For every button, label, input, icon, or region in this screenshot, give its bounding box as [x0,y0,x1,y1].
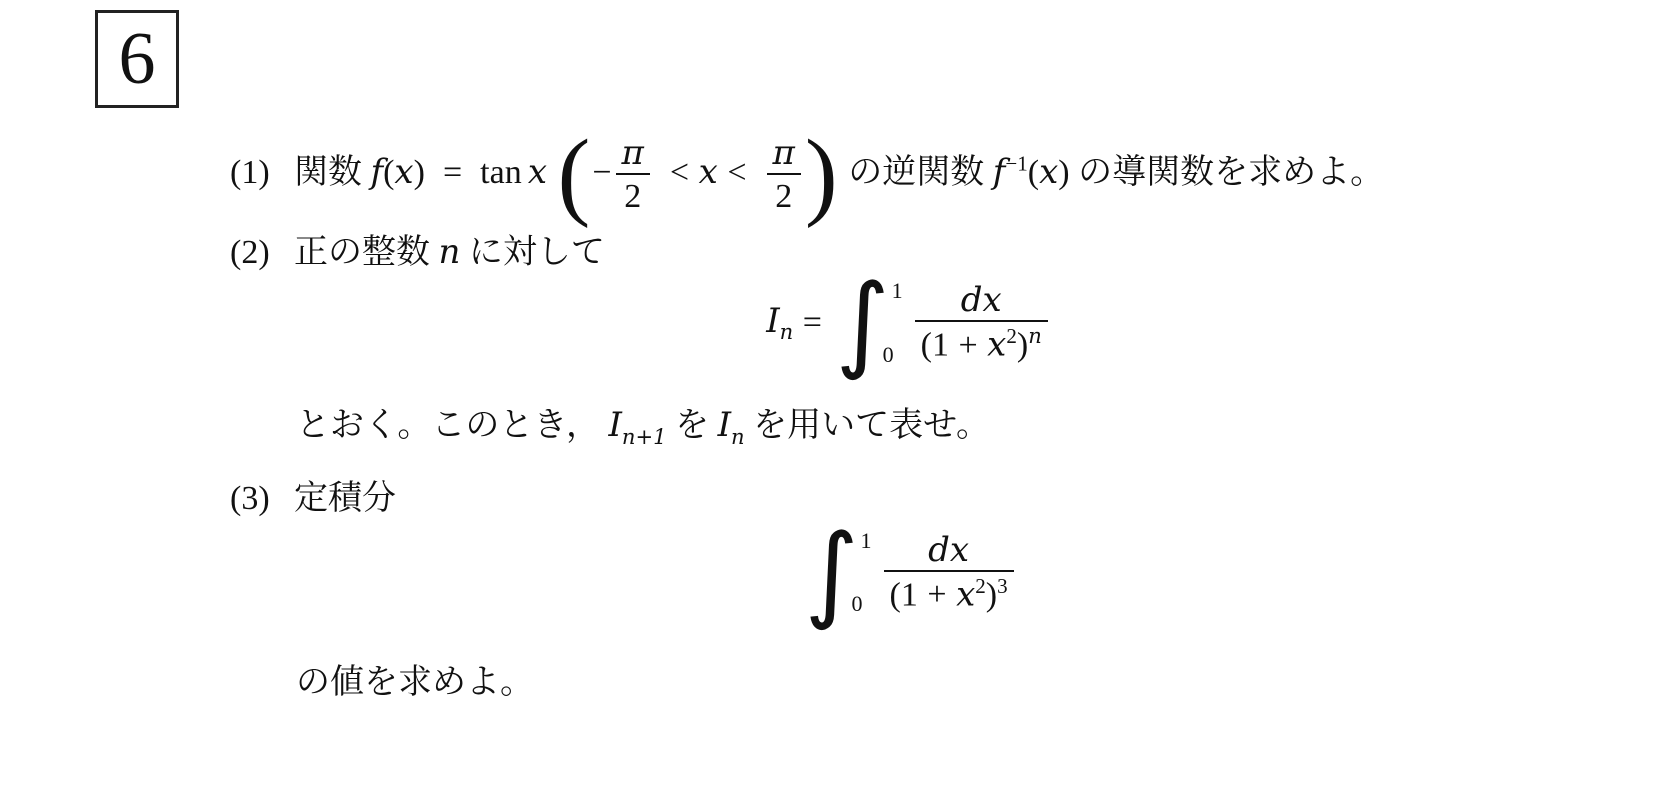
part-3-line: (3)定積分 [230,470,1586,519]
math-I-sub-n-plus-1: In+1 [608,407,666,444]
math-plus: + [927,576,946,613]
fraction-dx-over-1-plus-x2-n: dx (1+x2)n [915,281,1048,365]
math-equals: = [443,154,462,191]
equation-row: ∫10 dx (1+x2)3 [800,525,1015,621]
math-tan-operator: tan [480,154,522,191]
part-3-continuation: の値を求めよ。 [230,654,1586,703]
math-one: 1 [932,327,949,364]
math-paren: ) [414,154,425,191]
math-minus: − [592,154,611,191]
math-I-sub-n: In [718,407,745,444]
math-I-sub-n: In [766,301,793,346]
integral-upper-limit: 1 [892,278,903,304]
integral-upper-limit: 1 [861,528,872,554]
math-plus: + [958,327,977,364]
jp-text: の逆関数 [848,154,984,191]
math-squared: 2 [975,574,986,598]
integral-limits: 10 [859,525,872,621]
math-x: x [528,152,547,192]
math-dx: dx [961,280,1002,320]
part-1-line: (1)関数 f(x) = tanx (−π2 <x< π2) の逆関数 f−1(… [230,134,1586,216]
math-f: f [371,152,384,192]
fraction-pi-over-2: π2 [767,134,801,216]
math-paren: ( [383,154,394,191]
math-sub-n: n [780,319,794,344]
jp-text: に対して [469,234,605,271]
math-x: x [956,574,975,614]
problem-number-box: 6 [95,10,179,108]
part-2-line: (2)正の整数 n に対して [230,224,1586,273]
math-I: I [718,405,731,445]
problem-body: (1)関数 f(x) = tanx (−π2 <x< π2) の逆関数 f−1(… [230,134,1586,703]
math-exponent-n: n [1028,323,1042,348]
jp-text: を用いて表せ。 [753,407,990,444]
math-paren: ( [890,576,901,613]
math-paren: ( [921,327,932,364]
jp-text: を [675,407,709,444]
math-I: I [608,405,621,445]
jp-text: 関数 [294,154,362,191]
math-pi: π [622,133,644,173]
jp-text: とおく。このとき， [296,407,600,444]
part-2-continuation: とおく。このとき， In+1 を In を用いて表せ。 [230,397,1586,450]
part-3-label: (3) [230,480,294,518]
frac-numerator: π [767,134,801,173]
math-I: I [766,301,779,341]
math-superscript-minus-1: −1 [1005,152,1027,176]
integral-with-limits: ∫10 [835,275,902,371]
frac-denominator: 2 [767,173,801,216]
math-paren: ) [1058,154,1069,191]
math-dx: dx [928,530,969,570]
display-equation-integral: ∫10 dx (1+x2)3 [230,525,1586,621]
equation-row: In = ∫10 dx (1+x2)n [766,275,1050,371]
math-sub-n-plus-1: n+1 [622,424,667,449]
part-1-label: (1) [230,154,294,192]
math-equals: = [803,304,822,342]
integral-lower-limit: 0 [874,342,903,368]
math-paren: ( [1028,154,1039,191]
frac-numerator: π [616,134,650,173]
problem-number: 6 [119,22,156,96]
frac-numerator: dx [915,281,1048,320]
big-left-paren: ( [558,120,591,229]
integral-limits: 10 [890,275,903,371]
math-x: x [1039,152,1058,192]
jp-text: 正の整数 [294,234,430,271]
math-less-than: < [727,154,746,191]
math-paren: ) [1017,327,1028,364]
part-2-label: (2) [230,234,294,272]
math-less-than: < [670,154,689,191]
math-pi: π [773,133,795,173]
frac-numerator: dx [884,531,1014,570]
fraction-dx-over-1-plus-x2-3: dx (1+x2)3 [884,531,1014,615]
frac-denominator: 2 [616,173,650,216]
big-right-paren: ) [805,120,838,229]
math-n: n [439,232,461,272]
display-equation-In: In = ∫10 dx (1+x2)n [230,275,1586,371]
frac-denominator: (1+x2)n [915,320,1048,364]
math-squared: 2 [1006,324,1017,348]
math-sub-n: n [731,424,745,449]
fraction-pi-over-2: π2 [616,134,650,216]
integral-with-limits: ∫10 [804,525,871,621]
jp-text: の導関数を求めよ。 [1078,154,1384,191]
math-x: x [987,325,1006,365]
math-x: x [699,152,718,192]
jp-text: の値を求めよ。 [296,664,534,701]
math-paren: ) [986,576,997,613]
math-exponent-3: 3 [997,574,1008,598]
frac-denominator: (1+x2)3 [884,570,1014,614]
math-f-inverse: f [993,152,1006,192]
math-x: x [394,152,413,192]
integral-lower-limit: 0 [843,591,872,617]
math-one: 1 [901,576,918,613]
jp-text: 定積分 [294,480,396,517]
